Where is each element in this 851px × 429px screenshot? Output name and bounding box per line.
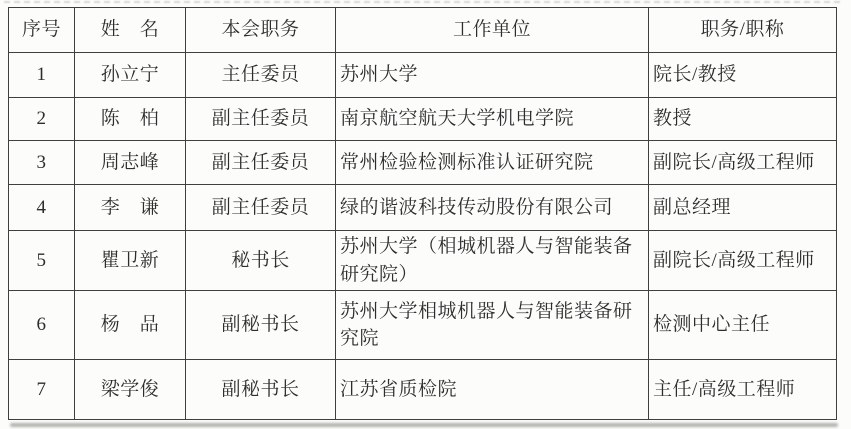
header-serial-number: 序号: [9, 8, 75, 53]
header-work-unit: 工作单位: [336, 8, 649, 53]
scanned-document-page: 序号 姓 名 本会职务 工作单位 职务/职称 1 孙立宁 主任委员 苏州大学 院…: [0, 0, 851, 429]
header-position-title: 职务/职称: [649, 8, 837, 53]
table-row: 7 梁学俊 副秘书长 江苏省质检院 主任/高级工程师: [9, 360, 837, 420]
scan-artifact-bottom-band: [10, 423, 838, 427]
cell-name: 瞿卫新: [75, 231, 186, 291]
cell-title: 教授: [649, 98, 837, 141]
committee-roster-table: 序号 姓 名 本会职务 工作单位 职务/职称 1 孙立宁 主任委员 苏州大学 院…: [8, 7, 837, 420]
cell-role: 秘书长: [186, 231, 336, 291]
table-header-row: 序号 姓 名 本会职务 工作单位 职务/职称: [9, 8, 837, 53]
cell-serial-number: 4: [9, 185, 75, 231]
table-row: 6 杨 品 副秘书长 苏州大学相城机器人与智能装备研究院 检测中心主任: [9, 291, 837, 360]
table-row: 1 孙立宁 主任委员 苏州大学 院长/教授: [9, 53, 837, 98]
cell-work-unit: 苏州大学相城机器人与智能装备研究院: [336, 291, 649, 360]
cell-role: 副主任委员: [186, 141, 336, 185]
cell-name: 梁学俊: [75, 360, 186, 420]
cell-title: 主任/高级工程师: [649, 360, 837, 420]
table-row: 3 周志峰 副主任委员 常州检验检测标准认证研究院 副院长/高级工程师: [9, 141, 837, 185]
cell-name: 李 谦: [75, 185, 186, 231]
cell-serial-number: 3: [9, 141, 75, 185]
scan-artifact-top-line: [4, 1, 840, 3]
header-name: 姓 名: [75, 8, 186, 53]
table-row: 5 瞿卫新 秘书长 苏州大学（相城机器人与智能装备研究院） 副院长/高级工程师: [9, 231, 837, 291]
header-association-role: 本会职务: [186, 8, 336, 53]
cell-title: 副院长/高级工程师: [649, 141, 837, 185]
cell-role: 副秘书长: [186, 291, 336, 360]
cell-title: 院长/教授: [649, 53, 837, 98]
cell-title: 检测中心主任: [649, 291, 837, 360]
cell-serial-number: 7: [9, 360, 75, 420]
cell-serial-number: 1: [9, 53, 75, 98]
cell-work-unit: 苏州大学（相城机器人与智能装备研究院）: [336, 231, 649, 291]
cell-role: 主任委员: [186, 53, 336, 98]
table-row: 2 陈 柏 副主任委员 南京航空航天大学机电学院 教授: [9, 98, 837, 141]
cell-work-unit: 绿的谐波科技传动股份有限公司: [336, 185, 649, 231]
cell-work-unit: 苏州大学: [336, 53, 649, 98]
cell-serial-number: 6: [9, 291, 75, 360]
cell-name: 周志峰: [75, 141, 186, 185]
cell-serial-number: 2: [9, 98, 75, 141]
table-row: 4 李 谦 副主任委员 绿的谐波科技传动股份有限公司 副总经理: [9, 185, 837, 231]
cell-role: 副秘书长: [186, 360, 336, 420]
cell-serial-number: 5: [9, 231, 75, 291]
cell-role: 副主任委员: [186, 185, 336, 231]
cell-name: 杨 品: [75, 291, 186, 360]
cell-title: 副总经理: [649, 185, 837, 231]
cell-work-unit: 南京航空航天大学机电学院: [336, 98, 649, 141]
cell-work-unit: 江苏省质检院: [336, 360, 649, 420]
cell-title: 副院长/高级工程师: [649, 231, 837, 291]
cell-work-unit: 常州检验检测标准认证研究院: [336, 141, 649, 185]
cell-name: 孙立宁: [75, 53, 186, 98]
cell-name: 陈 柏: [75, 98, 186, 141]
cell-role: 副主任委员: [186, 98, 336, 141]
